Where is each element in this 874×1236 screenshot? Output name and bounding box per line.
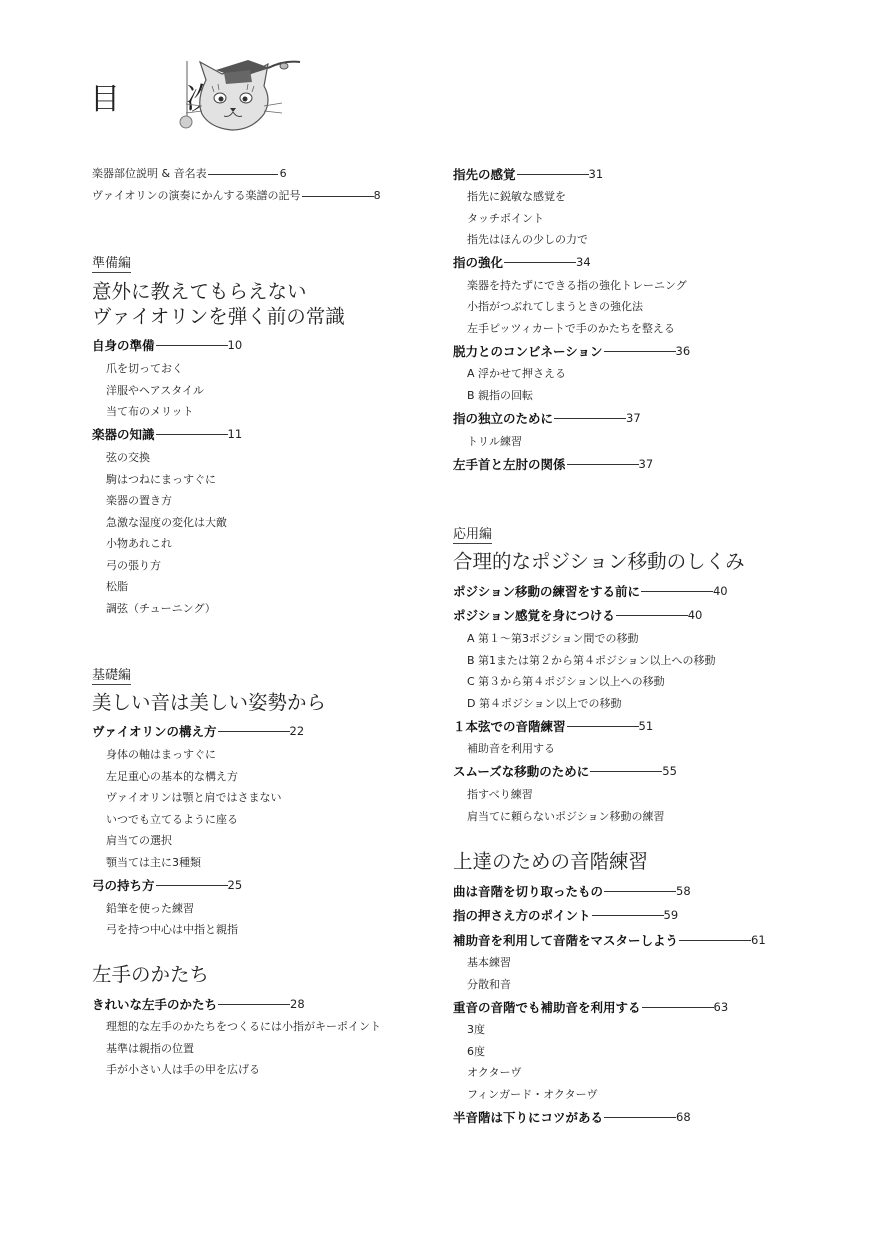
chapter-title: 美しい音は美しい姿勢から: [92, 690, 326, 715]
toc-subentry[interactable]: トリル練習: [453, 433, 522, 449]
toc-subentry[interactable]: 急激な湿度の変化は大敵: [92, 514, 227, 530]
toc-subentry[interactable]: 3度: [453, 1021, 485, 1037]
toc-subentry[interactable]: 指先に鋭敏な感覚を: [453, 188, 566, 204]
chapter-title: ヴァイオリンを弾く前の常識: [92, 304, 345, 329]
toc-entry[interactable]: ポジション感覚を身につける40: [453, 606, 702, 624]
toc-subentry[interactable]: 洋服やヘアスタイル: [92, 382, 204, 398]
toc-subentry[interactable]: 調弦（チューニング）: [92, 600, 216, 616]
leader-line: [604, 891, 676, 892]
toc-subentry[interactable]: 理想的な左手のかたちをつくるには小指がキーポイント: [92, 1018, 381, 1034]
toc-entry[interactable]: 脱力とのコンビネーション36: [453, 342, 690, 360]
toc-subentry[interactable]: A 第１～第3ポジション間での移動: [453, 630, 639, 646]
toc-subentry[interactable]: 基準は親指の位置: [92, 1040, 194, 1056]
toc-entry[interactable]: 指の独立のために37: [453, 409, 641, 427]
toc-entry[interactable]: ポジション移動の練習をする前に40: [453, 582, 728, 600]
leader-line: [567, 464, 639, 465]
toc-subentry[interactable]: 小指がつぶれてしまうときの強化法: [453, 298, 643, 314]
toc-entry[interactable]: 重音の音階でも補助音を利用する63: [453, 998, 728, 1016]
toc-subentry[interactable]: 指先はほんの少しの力で: [453, 231, 588, 247]
toc-entry[interactable]: ヴァイオリンの演奏にかんする楽譜の記号8: [92, 187, 381, 203]
leader-line: [504, 262, 576, 263]
leader-line: [302, 196, 374, 197]
leader-line: [218, 1004, 290, 1005]
toc-subentry[interactable]: 顎当ては主に3種類: [92, 854, 201, 870]
toc-subentry[interactable]: A 浮かせて押さえる: [453, 365, 566, 381]
leader-line: [156, 345, 228, 346]
toc-subentry[interactable]: 爪を切っておく: [92, 360, 183, 376]
toc-subentry[interactable]: 左手ピッツィカートで手のかたちを整える: [453, 320, 675, 336]
section-label-kiso: 基礎編: [92, 664, 131, 685]
toc-subentry[interactable]: 肩当ての選択: [92, 832, 172, 848]
leader-line: [642, 1007, 714, 1008]
toc-entry[interactable]: 左手首と左肘の関係37: [453, 455, 653, 473]
toc-entry[interactable]: １本弦での音階練習51: [453, 717, 653, 735]
toc-subentry[interactable]: 分散和音: [453, 976, 511, 992]
leader-line: [517, 174, 589, 175]
toc-entry[interactable]: 楽器の知識11: [92, 425, 242, 443]
toc-subentry[interactable]: 指すべり練習: [453, 786, 533, 802]
toc-subentry[interactable]: 松脂: [92, 578, 128, 594]
leader-line: [604, 1117, 676, 1118]
toc-subentry[interactable]: 6度: [453, 1043, 485, 1059]
toc-entry[interactable]: 自身の準備10: [92, 336, 242, 354]
toc-entry[interactable]: 半音階は下りにコツがある68: [453, 1108, 691, 1126]
toc-entry[interactable]: 補助音を利用して音階をマスターしよう61: [453, 931, 766, 949]
toc-subentry[interactable]: 当て布のメリット: [92, 403, 194, 419]
toc-subentry[interactable]: 肩当てに頼らないポジション移動の練習: [453, 808, 665, 824]
toc-entry[interactable]: 指の押さえ方のポイント59: [453, 906, 678, 924]
leader-line: [567, 726, 639, 727]
toc-subentry[interactable]: フィンガード・オクターヴ: [453, 1086, 598, 1102]
cat-with-graduation-cap-icon: [172, 56, 307, 136]
chapter-title: 左手のかたち: [92, 962, 209, 987]
toc-subentry[interactable]: B 親指の回転: [453, 387, 533, 403]
leader-line: [208, 174, 278, 175]
toc-subentry[interactable]: 鉛筆を使った練習: [92, 900, 194, 916]
toc-subentry[interactable]: 小物あれこれ: [92, 535, 172, 551]
toc-subentry[interactable]: 弓の張り方: [92, 557, 161, 573]
leader-line: [156, 434, 228, 435]
toc-entry[interactable]: 弓の持ち方25: [92, 876, 242, 894]
toc-entry[interactable]: 指の強化34: [453, 253, 591, 271]
leader-line: [616, 615, 688, 616]
toc-subentry[interactable]: D 第４ポジション以上での移動: [453, 695, 621, 711]
toc-subentry[interactable]: 補助音を利用する: [453, 740, 555, 756]
toc-subentry[interactable]: C 第３から第４ポジション以上への移動: [453, 673, 665, 689]
toc-entry[interactable]: 指先の感覚31: [453, 165, 603, 183]
toc-subentry[interactable]: タッチポイント: [453, 210, 544, 226]
toc-subentry[interactable]: 楽器を持たずにできる指の強化トレーニング: [453, 277, 687, 293]
leader-line: [679, 940, 751, 941]
toc-entry[interactable]: ヴァイオリンの構え方22: [92, 722, 304, 740]
leader-line: [604, 351, 676, 352]
leader-line: [590, 771, 662, 772]
section-label-junbi: 準備編: [92, 252, 131, 273]
leader-line: [156, 885, 228, 886]
toc-subentry[interactable]: 弦の交換: [92, 449, 150, 465]
chapter-title: 上達のための音階練習: [453, 849, 648, 874]
toc-subentry[interactable]: 駒はつねにまっすぐに: [92, 471, 216, 487]
leader-line: [592, 915, 664, 916]
toc-entry[interactable]: きれいな左手のかたち28: [92, 995, 305, 1013]
toc-subentry[interactable]: 弓を持つ中心は中指と親指: [92, 921, 238, 937]
leader-line: [218, 731, 290, 732]
toc-entry[interactable]: スムーズな移動のために55: [453, 762, 677, 780]
chapter-title: 意外に教えてもらえない: [92, 279, 307, 304]
leader-line: [641, 591, 713, 592]
toc-subentry[interactable]: 左足重心の基本的な構え方: [92, 768, 238, 784]
toc-subentry[interactable]: オクターヴ: [453, 1064, 522, 1080]
toc-entry[interactable]: 楽器部位説明 & 音名表6: [92, 165, 287, 181]
toc-entry[interactable]: 曲は音階を切り取ったもの58: [453, 882, 691, 900]
leader-line: [554, 418, 626, 419]
toc-subentry[interactable]: 手が小さい人は手の甲を広げる: [92, 1061, 260, 1077]
toc-subentry[interactable]: 楽器の置き方: [92, 492, 172, 508]
toc-subentry[interactable]: ヴァイオリンは顎と肩ではさまない: [92, 789, 282, 805]
toc-subentry[interactable]: いつでも立てるように座る: [92, 811, 238, 827]
chapter-title: 合理的なポジション移動のしくみ: [453, 549, 745, 574]
toc-subentry[interactable]: 基本練習: [453, 954, 511, 970]
section-label-oyo: 応用編: [453, 523, 492, 544]
toc-subentry[interactable]: B 第1または第２から第４ポジション以上への移動: [453, 652, 716, 668]
toc-subentry[interactable]: 身体の軸はまっすぐに: [92, 746, 216, 762]
